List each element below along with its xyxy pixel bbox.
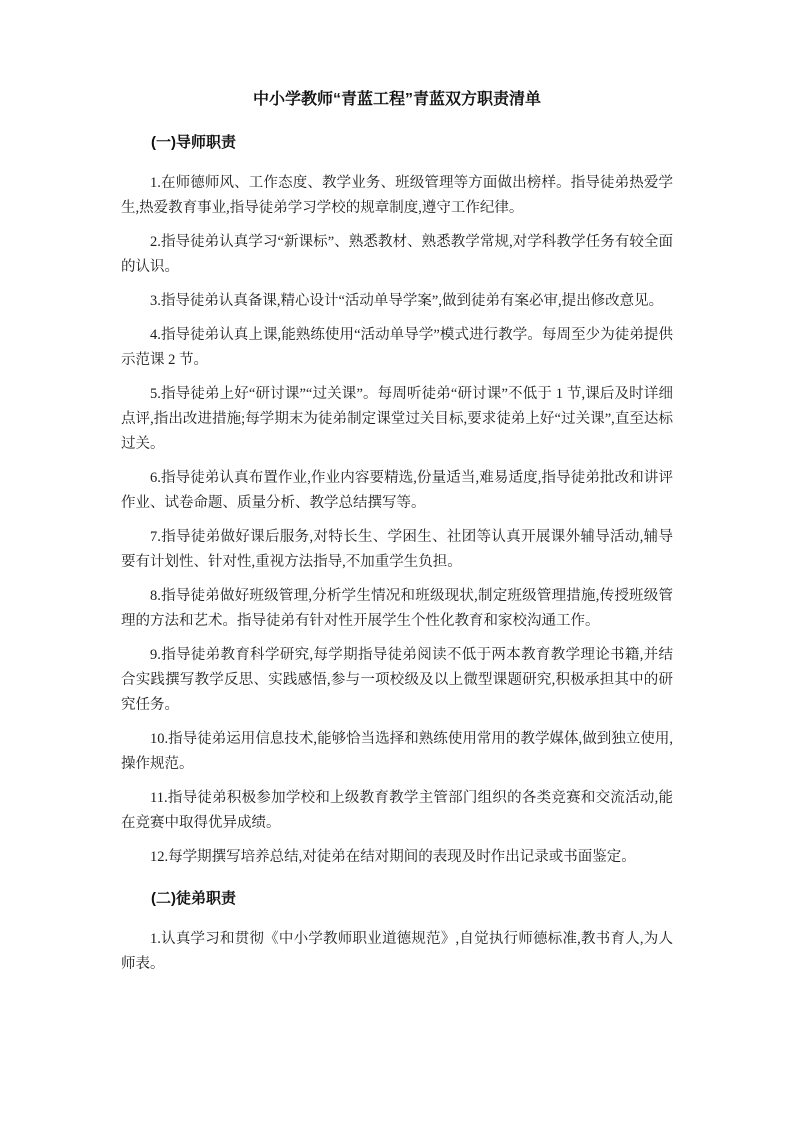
mentor-duty-6: 6.指导徒弟认真布置作业,作业内容要精选,份量适当,难易适度,指导徒弟批改和讲评… bbox=[121, 466, 673, 516]
section-mentor-heading: (一)导师职责 bbox=[121, 130, 673, 155]
mentor-duty-1: 1.在师德师风、工作态度、教学业务、班级管理等方面做出榜样。指导徒弟热爱学生,热… bbox=[121, 171, 673, 221]
mentor-duty-2: 2.指导徒弟认真学习“新课标”、熟悉教材、熟悉教学常规,对学科教学任务有较全面的… bbox=[121, 230, 673, 280]
mentor-duty-12: 12.每学期撰写培养总结,对徒弟在结对期间的表现及时作出记录或书面鉴定。 bbox=[121, 845, 673, 870]
mentor-duty-11: 11.指导徒弟积极参加学校和上级教育教学主管部门组织的各类竞赛和交流活动,能在竞… bbox=[121, 786, 673, 836]
document-title: 中小学教师“青蓝工程”青蓝双方职责清单 bbox=[121, 88, 673, 112]
mentor-duty-7: 7.指导徒弟做好课后服务,对特长生、学困生、社团等认真开展课外辅导活动,辅导要有… bbox=[121, 525, 673, 575]
mentor-duty-3: 3.指导徒弟认真备课,精心设计“活动单导学案”,做到徒弟有案必审,提出修改意见。 bbox=[121, 289, 673, 314]
mentor-duty-4: 4.指导徒弟认真上课,能熟练使用“活动单导学”模式进行教学。每周至少为徒弟提供示… bbox=[121, 323, 673, 373]
document-page: 中小学教师“青蓝工程”青蓝双方职责清单 (一)导师职责 1.在师德师风、工作态度… bbox=[0, 0, 793, 1122]
mentor-duty-5: 5.指导徒弟上好“研讨课”“过关课”。每周听徒弟“研讨课”不低于 1 节,课后及… bbox=[121, 382, 673, 457]
apprentice-duty-1: 1.认真学习和贯彻《中小学教师职业道德规范》,自觉执行师德标准,教书育人,为人师… bbox=[121, 927, 673, 977]
mentor-duty-10: 10.指导徒弟运用信息技术,能够恰当选择和熟练使用常用的教学媒体,做到独立使用,… bbox=[121, 727, 673, 777]
section-apprentice-heading: (二)徒弟职责 bbox=[121, 886, 673, 911]
mentor-duty-9: 9.指导徒弟教育科学研究,每学期指导徒弟阅读不低于两本教育教学理论书籍,并结合实… bbox=[121, 643, 673, 718]
mentor-duty-8: 8.指导徒弟做好班级管理,分析学生情况和班级现状,制定班级管理措施,传授班级管理… bbox=[121, 584, 673, 634]
